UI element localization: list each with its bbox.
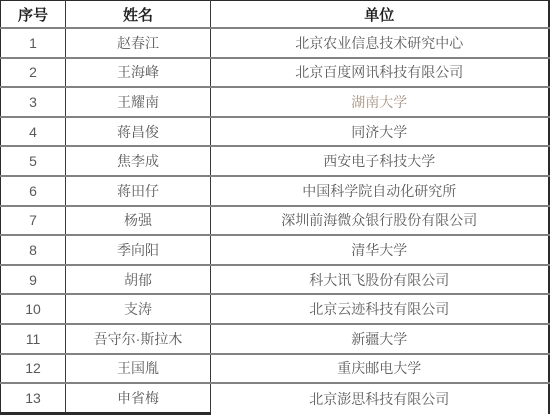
cell-no: 6 [1, 176, 66, 206]
cell-no: 3 [1, 87, 66, 117]
cell-no: 2 [1, 58, 66, 88]
table-header: 序号 姓名 单位 [1, 1, 549, 29]
cell-no: 5 [1, 146, 66, 176]
table-row: 5 焦李成 西安电子科技大学 [1, 146, 549, 176]
table-row: 1 赵春江 北京农业信息技术研究中心 [1, 28, 549, 58]
table-row: 7 杨强 深圳前海微众银行股份有限公司 [1, 206, 549, 236]
cell-name: 王国胤 [66, 354, 211, 384]
cell-org: 湖南大学 [211, 87, 549, 117]
cell-name: 吾守尔·斯拉木 [66, 324, 211, 354]
members-table: 序号 姓名 单位 1 赵春江 北京农业信息技术研究中心 2 王海峰 北京百度网讯… [0, 0, 550, 415]
cell-org: 西安电子科技大学 [211, 146, 549, 176]
table-body: 1 赵春江 北京农业信息技术研究中心 2 王海峰 北京百度网讯科技有限公司 3 … [1, 28, 549, 414]
cell-org: 科大讯飞股份有限公司 [211, 265, 549, 295]
table-row: 6 蒋田仔 中国科学院自动化研究所 [1, 176, 549, 206]
cell-no: 12 [1, 354, 66, 384]
cell-name: 胡郁 [66, 265, 211, 295]
table-row: 13 申省梅 北京澎思科技有限公司 [1, 383, 549, 413]
cell-no: 1 [1, 28, 66, 58]
col-header-name: 姓名 [66, 1, 211, 29]
cell-name: 支涛 [66, 294, 211, 324]
col-header-org: 单位 [211, 1, 549, 29]
cell-org: 北京云迹科技有限公司 [211, 294, 549, 324]
cell-no: 13 [1, 383, 66, 413]
cell-name: 焦李成 [66, 146, 211, 176]
cell-no: 4 [1, 117, 66, 147]
cell-name: 王耀南 [66, 87, 211, 117]
cell-org: 同济大学 [211, 117, 549, 147]
header-row: 序号 姓名 单位 [1, 1, 549, 29]
cell-org: 深圳前海微众银行股份有限公司 [211, 206, 549, 236]
table-row: 3 王耀南 湖南大学 [1, 87, 549, 117]
table-row: 9 胡郁 科大讯飞股份有限公司 [1, 265, 549, 295]
cell-org: 重庆邮电大学 [211, 354, 549, 384]
cell-no: 10 [1, 294, 66, 324]
cell-org: 清华大学 [211, 235, 549, 265]
cell-no: 8 [1, 235, 66, 265]
table-row: 8 季向阳 清华大学 [1, 235, 549, 265]
document-table-screenshot: 序号 姓名 单位 1 赵春江 北京农业信息技术研究中心 2 王海峰 北京百度网讯… [0, 0, 554, 415]
table-row: 11 吾守尔·斯拉木 新疆大学 [1, 324, 549, 354]
cell-name: 申省梅 [66, 383, 211, 413]
cell-org: 北京澎思科技有限公司 [211, 383, 549, 413]
cell-name: 杨强 [66, 206, 211, 236]
table-row: 12 王国胤 重庆邮电大学 [1, 354, 549, 384]
cell-name: 王海峰 [66, 58, 211, 88]
cell-org: 中国科学院自动化研究所 [211, 176, 549, 206]
cell-name: 蒋昌俊 [66, 117, 211, 147]
cell-org: 北京农业信息技术研究中心 [211, 28, 549, 58]
cell-no: 7 [1, 206, 66, 236]
cell-name: 赵春江 [66, 28, 211, 58]
cell-no: 11 [1, 324, 66, 354]
table-row: 4 蒋昌俊 同济大学 [1, 117, 549, 147]
cell-org: 北京百度网讯科技有限公司 [211, 58, 549, 88]
cell-name: 季向阳 [66, 235, 211, 265]
cell-org: 新疆大学 [211, 324, 549, 354]
cell-no: 9 [1, 265, 66, 295]
table-row: 2 王海峰 北京百度网讯科技有限公司 [1, 58, 549, 88]
col-header-no: 序号 [1, 1, 66, 29]
table-row: 10 支涛 北京云迹科技有限公司 [1, 294, 549, 324]
cell-name: 蒋田仔 [66, 176, 211, 206]
